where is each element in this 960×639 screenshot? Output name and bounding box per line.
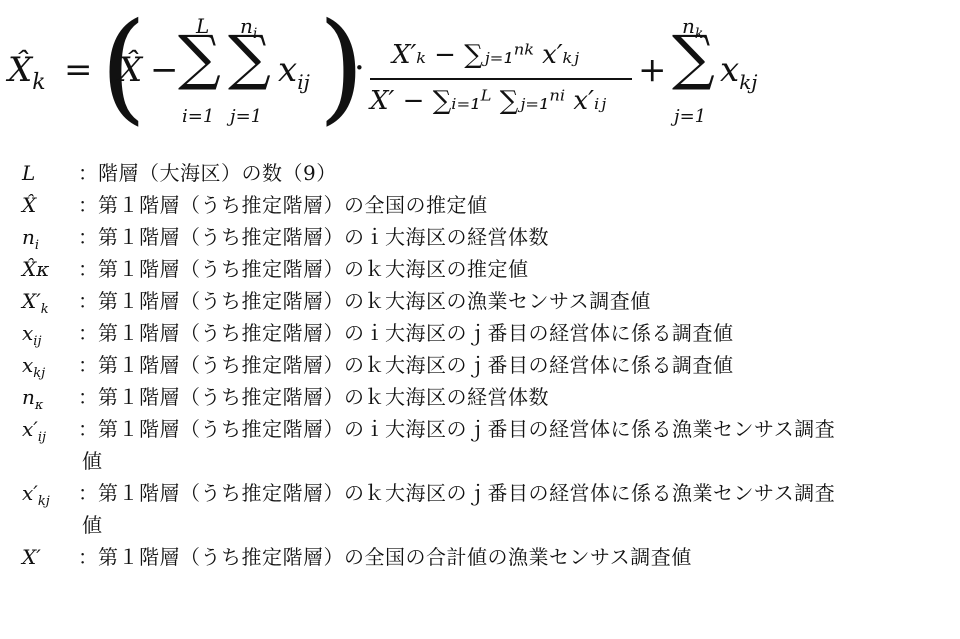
estimation-formula: X̂k = ( X̂ − L ∑ i=1 ni ∑ j=1 xij ) · X′… [8,0,958,150]
fraction-denominator: X′ − ∑ᵢ₌₁ᴸ ∑ⱼ₌₁ⁿⁱ x′ᵢⱼ [370,86,606,116]
sum2-sigma: ∑ [228,28,271,88]
fraction-numerator: X′ₖ − ∑ⱼ₌₁ⁿᵏ x′ₖⱼ [392,40,579,70]
definition-row: X̂：第１階層（うち推定階層）の全国の推定値 [22,189,952,221]
definition-continuation: 値 [22,445,952,477]
plus-sign: + [638,50,667,90]
minus-sign: − [150,50,179,90]
term-xkj: xkj [720,50,758,94]
definition-row: x′ij：第１階層（うち推定階層）のｉ大海区のｊ番目の経営体に係る漁業センサス調… [22,413,952,445]
sum1-sigma: ∑ [178,28,221,88]
term-xij: xij [278,50,310,94]
variable-definitions: L：階層（大海区）の数（9） X̂：第１階層（うち推定階層）の全国の推定値 ni… [22,157,952,573]
definition-row: X̂κ：第１階層（うち推定階層）のｋ大海区の推定値 [22,253,952,285]
equals-sign: = [64,50,93,90]
definition-row: nκ：第１階層（うち推定階層）のｋ大海区の経営体数 [22,381,952,413]
formula-lhs: X̂k [8,50,46,95]
fraction-bar [370,78,632,80]
definition-row: X′：第１階層（うち推定階層）の全国の合計値の漁業センサス調査値 [22,541,952,573]
definition-row: x′kj：第１階層（うち推定階層）のｋ大海区のｊ番目の経営体に係る漁業センサス調… [22,477,952,509]
definition-row: X′k：第１階層（うち推定階層）のｋ大海区の漁業センサス調査値 [22,285,952,317]
sum2-lower: j=1 [230,106,262,127]
definition-continuation: 値 [22,509,952,541]
xhat: X̂ [118,50,142,90]
sum3-lower: j=1 [674,106,706,127]
sum1-lower: i=1 [182,106,214,127]
dot-operator: · [354,48,365,88]
definition-row: L：階層（大海区）の数（9） [22,157,952,189]
definition-row: ni：第１階層（うち推定階層）のｉ大海区の経営体数 [22,221,952,253]
definition-row: xkj：第１階層（うち推定階層）のｋ大海区のｊ番目の経営体に係る調査値 [22,349,952,381]
definition-row: xij：第１階層（うち推定階層）のｉ大海区のｊ番目の経営体に係る調査値 [22,317,952,349]
sum3-sigma: ∑ [672,28,715,88]
